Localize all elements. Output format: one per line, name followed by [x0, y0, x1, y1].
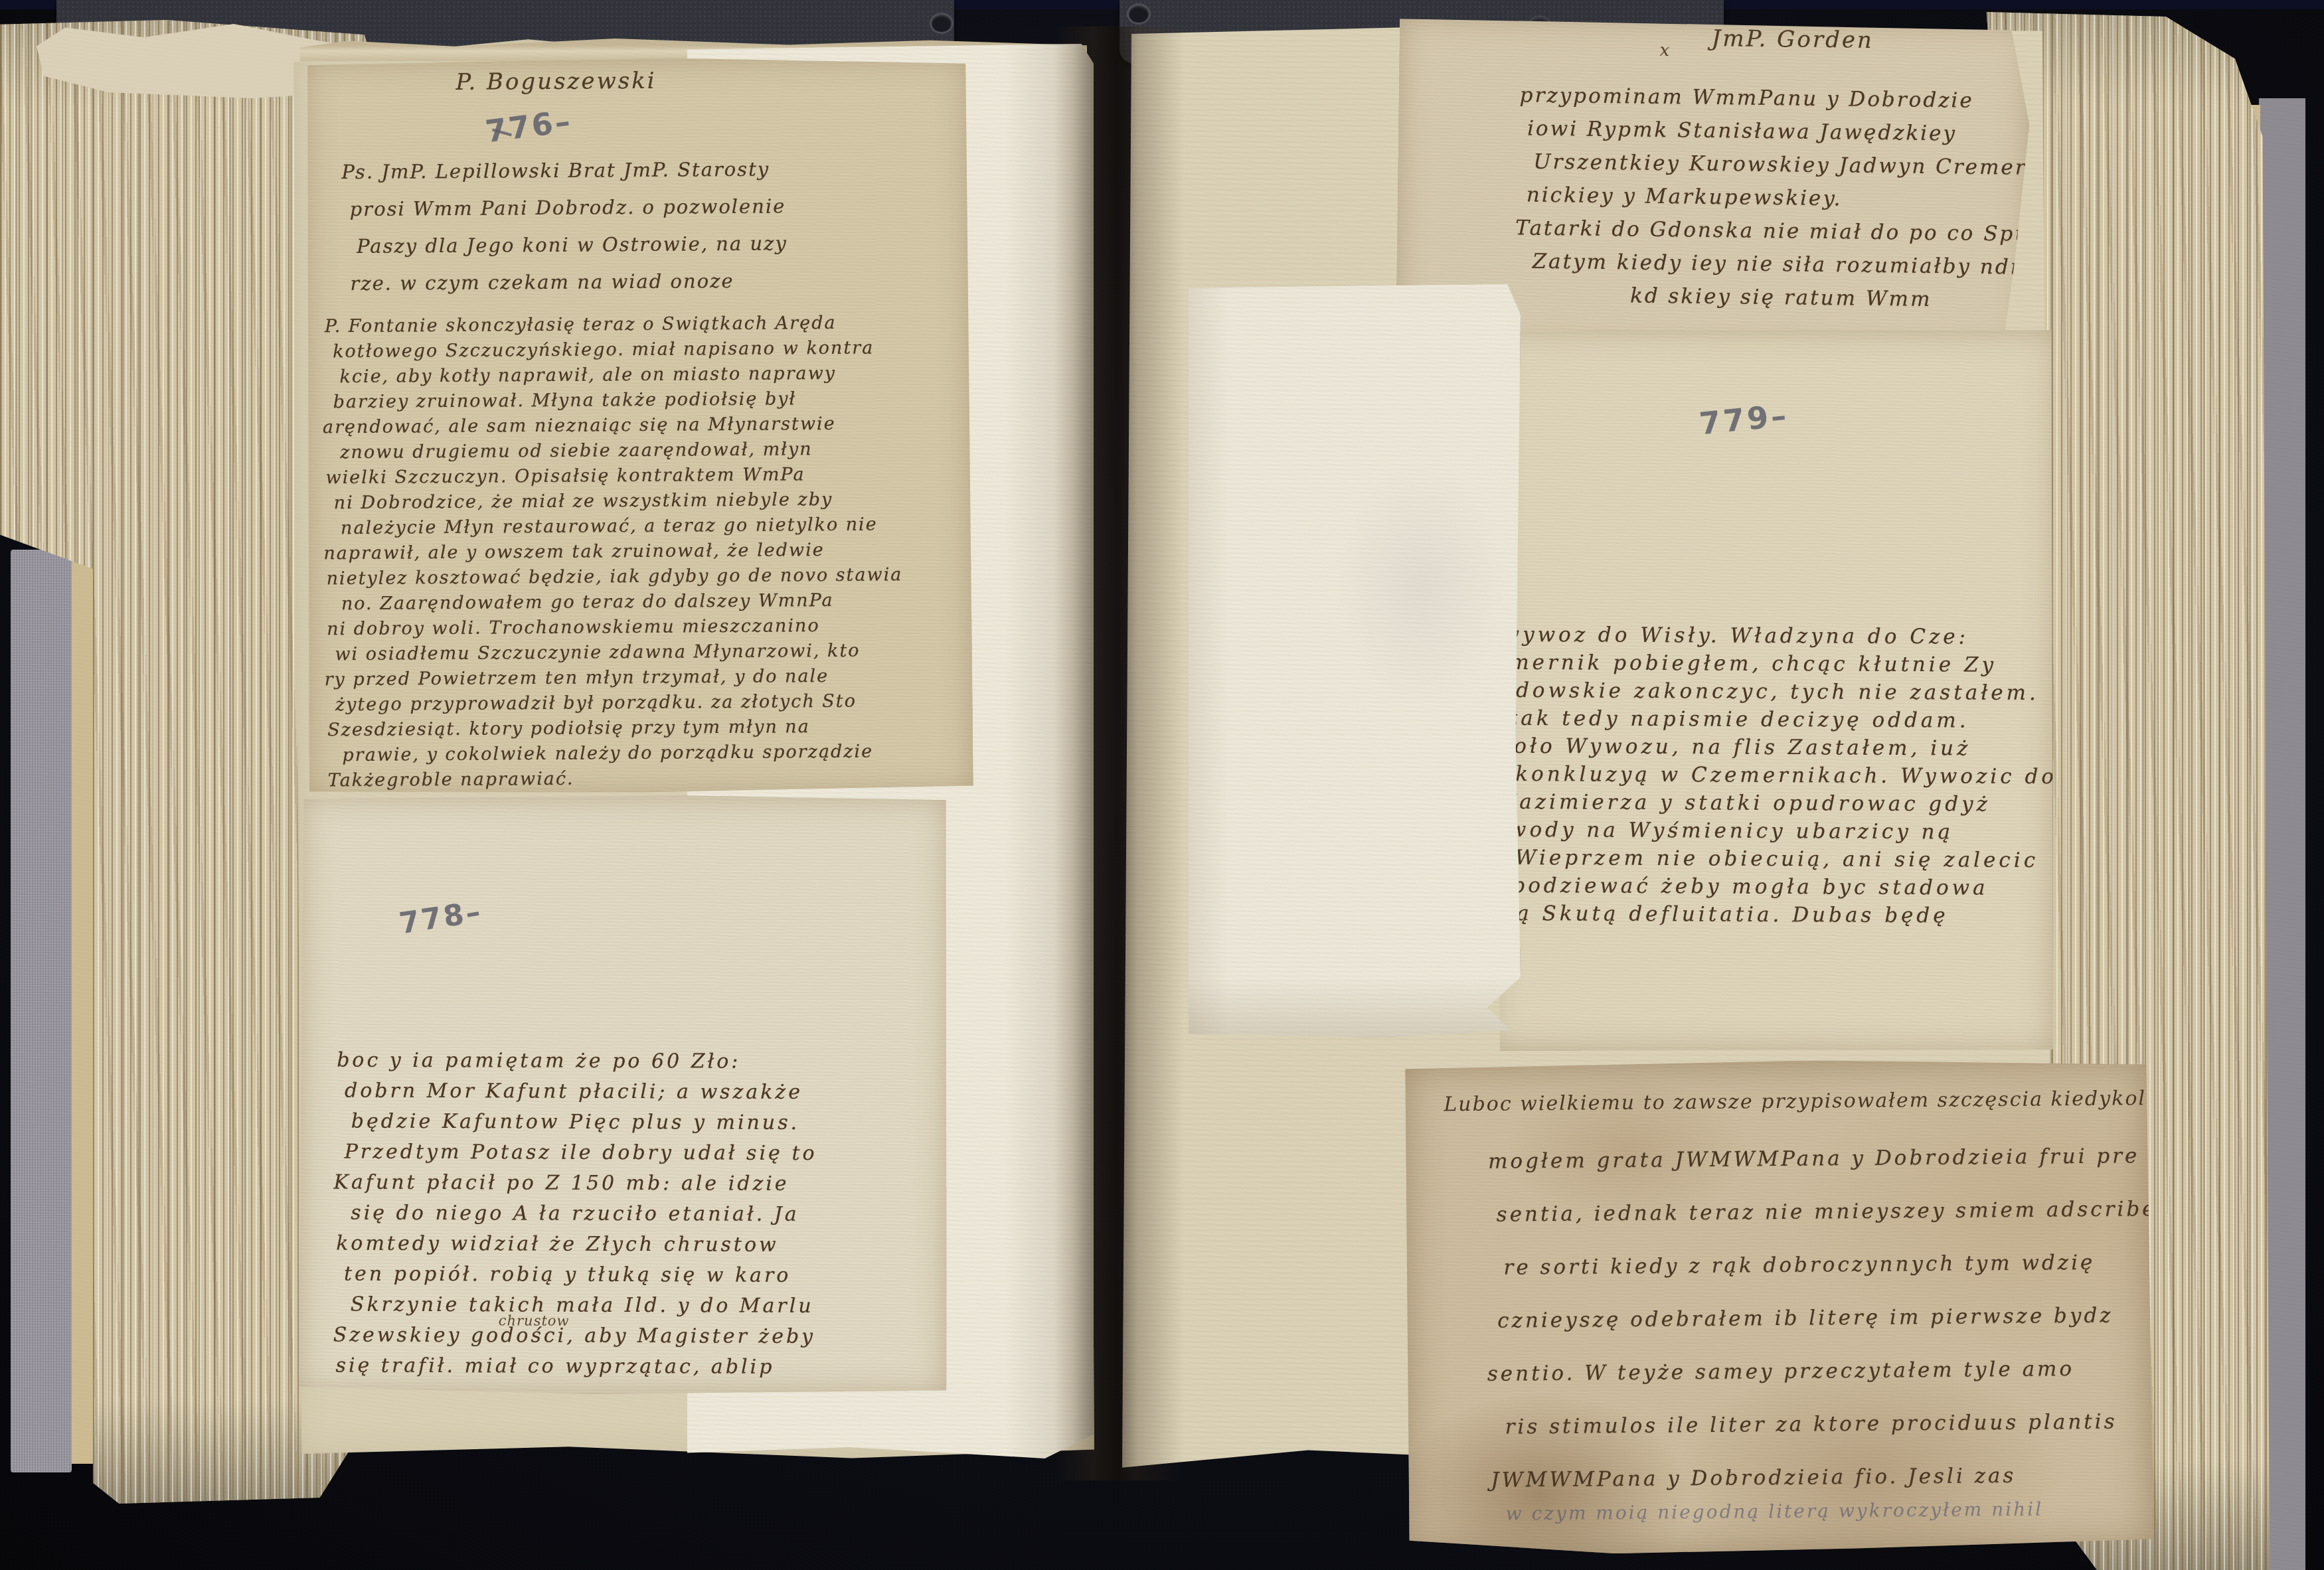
pasted-letter-middle-right: 779– wywoz do Wisły. Władzyna do Cze:mer…	[1489, 327, 2057, 1054]
handwriting-line: no. Zaaręndowałem go teraz do dalszey Wm…	[341, 588, 961, 617]
letter-first-line: Luboc wielkiemu to zawsze przypisowałem …	[1444, 1086, 2153, 1116]
handwriting-line: nietylez kosztować będzie, iak gdyby go …	[326, 562, 960, 592]
letter-body-paragraph: wywoz do Wisły. Władzyna do Cze:mernik p…	[1500, 621, 2049, 930]
handwriting-line: Przedtym Potasz ile dobry udał się to	[345, 1137, 931, 1170]
handwriting-line: Paszy dla Jego koni w Ostrowie, na uzy	[357, 224, 959, 265]
letter-header: JmP. Gorden	[1711, 25, 1874, 54]
folio-number-pencil: 778–	[397, 895, 485, 941]
handwriting-line: Urszentkiey Kurowskiey Jadwyn Cremer	[1533, 145, 2024, 185]
letter-body-paragraph: P. Fontanie skonczyłasię teraz o Swiątka…	[325, 310, 962, 794]
handwriting-line: przypominam WmmPanu y Dobrodzie	[1519, 78, 2025, 118]
handwriting-line: nickiey y Markupewskiey.	[1527, 179, 2024, 218]
handwriting-line: ten popiół. robią y tłuką się w karo	[344, 1259, 930, 1292]
book-gutter-shadow	[1054, 27, 1184, 1480]
handwriting-line: re sorti kiedy z rąk dobroczynnych tym w…	[1503, 1235, 2147, 1294]
handwriting-line: ris stimulos ile liter za ktore prociduu…	[1505, 1395, 2148, 1453]
handwriting-line: konkluzyą w Czemernikach. Wywozic do	[1515, 760, 2048, 791]
pasted-letter-top-left: P. Boguszewski 776– Ps. JmP. Lepillowski…	[304, 56, 973, 798]
handwriting-line: żytego przyprowadził był porządku. za zł…	[335, 688, 961, 718]
letter-body-paragraph: boc y ia pamiętam że po 60 Zło:dobrn Mor…	[335, 1045, 931, 1383]
handwriting-line: kd skiey się ratum Wmm	[1630, 279, 2023, 317]
folio-number-pencil: 776–	[483, 103, 574, 149]
handwriting-line: spodziewać żeby mogła byc stadowa	[1497, 872, 2048, 902]
handwriting-line: koło Wywozu, na flis Zastałem, iuż	[1498, 732, 2048, 763]
handwriting-line: ną Skutą defluitatia. Dubas będę	[1500, 900, 2048, 930]
handwriting-line: sentio. W teyże samey przeczytałem tyle …	[1487, 1342, 2148, 1401]
margin-check-mark: x	[1659, 40, 1669, 60]
handwriting-line: kotłowego Szczuczyńskiego. miał napisano…	[333, 335, 959, 365]
handwriting-line: wielki Szczuczyn. Opisałsię kontraktem W…	[325, 461, 959, 491]
handwriting-line: się do niego A ła rzuciło etaniał. Ja	[351, 1198, 930, 1231]
handwriting-line: aręndować, ale sam nieznaiąc się na Młyn…	[323, 411, 959, 441]
handwriting-line: się trafił. miał co wyprzątac, ablip	[335, 1350, 930, 1383]
manuscript-photo-scene: P. Boguszewski 776– Ps. JmP. Lepillowski…	[0, 0, 2324, 1570]
clamp-hole-icon	[932, 15, 952, 32]
letter-header: P. Boguszewski	[456, 68, 657, 96]
handwriting-line: P. Fontanie skonczyłasię teraz o Swiątka…	[325, 310, 959, 340]
handwriting-line: Wieprzem nie obiecuią, ani się zalecic	[1515, 844, 2048, 874]
handwriting-line: Szewskiey godości, aby Magister żeby	[333, 1320, 930, 1352]
handwriting-line: prawie, y cokolwiek należy do porządku s…	[342, 739, 961, 769]
handwriting-line: rze. w czym czekam na wiad onoze	[350, 261, 959, 302]
letter-body-paragraph: mogłem grata JWMWMPana y Dobrodzieia fru…	[1488, 1129, 2149, 1507]
handwriting-line: dobrn Mor Kafunt płacili; a wszakże	[345, 1076, 931, 1109]
handwriting-line: mogłem grata JWMWMPana y Dobrodzieia fru…	[1488, 1129, 2146, 1188]
handwriting-line: wi osiadłemu Szczuczynie zdawna Młynarzo…	[335, 638, 961, 668]
letter-body-paragraph: przypominam WmmPanu y Dobrodzieiowi Rypm…	[1517, 78, 2025, 317]
handwriting-line: cznieyszę odebrałem ib literę im pierwsz…	[1497, 1289, 2147, 1348]
handwriting-line: wody na Wyśmienicy ubarzicy ną	[1509, 816, 2048, 846]
clamp-hole-icon	[1129, 5, 1149, 23]
handwriting-line: JWMWMPana y Dobrodzieia fio. Jesli zas	[1491, 1448, 2149, 1507]
handwriting-line: naprawił, ale y owszem tak zruinował, że…	[323, 537, 960, 567]
handwriting-line: Skrzynie takich mała Ild. y do Marlu	[351, 1290, 930, 1322]
handwriting-line: dowskie zakonczyc, tych nie zastałem.	[1516, 676, 2049, 707]
handwriting-line: Szesdziesiąt. ktory podiołsię przy tym m…	[327, 714, 961, 744]
handwriting-line: należycie Młyn restaurować, a teraz go n…	[341, 512, 960, 542]
handwriting-line: kcie, aby kotły naprawił, ale on miasto …	[339, 360, 959, 390]
faded-postscript-line: w czym moią niegodną literą wykroczyłem …	[1506, 1498, 2044, 1525]
handwriting-line: Kafunt płacił po Z 150 mb: ale idzie	[333, 1167, 930, 1200]
handwriting-line: mernik pobiegłem, chcąc kłutnie Zy	[1509, 649, 2049, 679]
interlinear-annotation: chrustow	[499, 1312, 570, 1328]
pasted-letter-bottom-left: 778– boc y ia pamiętam że po 60 Zło:dobr…	[299, 794, 948, 1395]
handwriting-line: komtedy widział że Złych chrustow	[336, 1228, 930, 1261]
folio-number-pencil: 779–	[1698, 397, 1791, 441]
handwriting-line: boc y ia pamiętam że po 60 Zło:	[337, 1045, 931, 1077]
handwriting-line: Ps. JmP. Lepillowski Brat JmP. Starosty	[341, 149, 959, 191]
loose-blank-sheet-overlay	[1189, 284, 1521, 1038]
letter-opening-paragraph: Ps. JmP. Lepillowski Brat JmP. Starostyp…	[341, 149, 960, 302]
handwriting-line: Zatym kiedy iey nie siła rozumiałby ndro	[1532, 245, 2023, 284]
handwriting-line: Kazimierza y statki opudrowac gdyż	[1501, 788, 2048, 819]
handwriting-line: tak tedy napismie decizyę oddam.	[1509, 704, 2049, 735]
handwriting-line: ni Dobrodzice, że miał ze wszystkim nieb…	[334, 487, 960, 516]
handwriting-line: barziey zruinował. Młyna także podiołsię…	[333, 386, 959, 416]
handwriting-line: ry przed Powietrzem ten młyn trzymał, y …	[325, 663, 961, 693]
handwriting-line: wywoz do Wisły. Władzyna do Cze:	[1501, 621, 2049, 651]
pasted-letter-bottom-right: Luboc wielkiemu to zawsze przypisowałem …	[1402, 1058, 2153, 1555]
book-cover-cloth-left	[11, 550, 72, 1472]
handwriting-line: znowu drugiemu od siebie zaaręndował, mł…	[340, 436, 959, 466]
handwriting-line: ni dobroy woli. Trochanowskiemu mieszcza…	[327, 613, 961, 643]
handwriting-line: iowi Rypmk Stanisława Jawędzkiey	[1527, 112, 2025, 151]
handwriting-line: sentia, iednak teraz nie mnieyszey smiem…	[1496, 1182, 2146, 1241]
handwriting-line: prosi Wmm Pani Dobrodz. o pozwolenie	[350, 187, 959, 228]
handwriting-line: będzie Kafuntow Pięc plus y minus.	[351, 1107, 931, 1139]
